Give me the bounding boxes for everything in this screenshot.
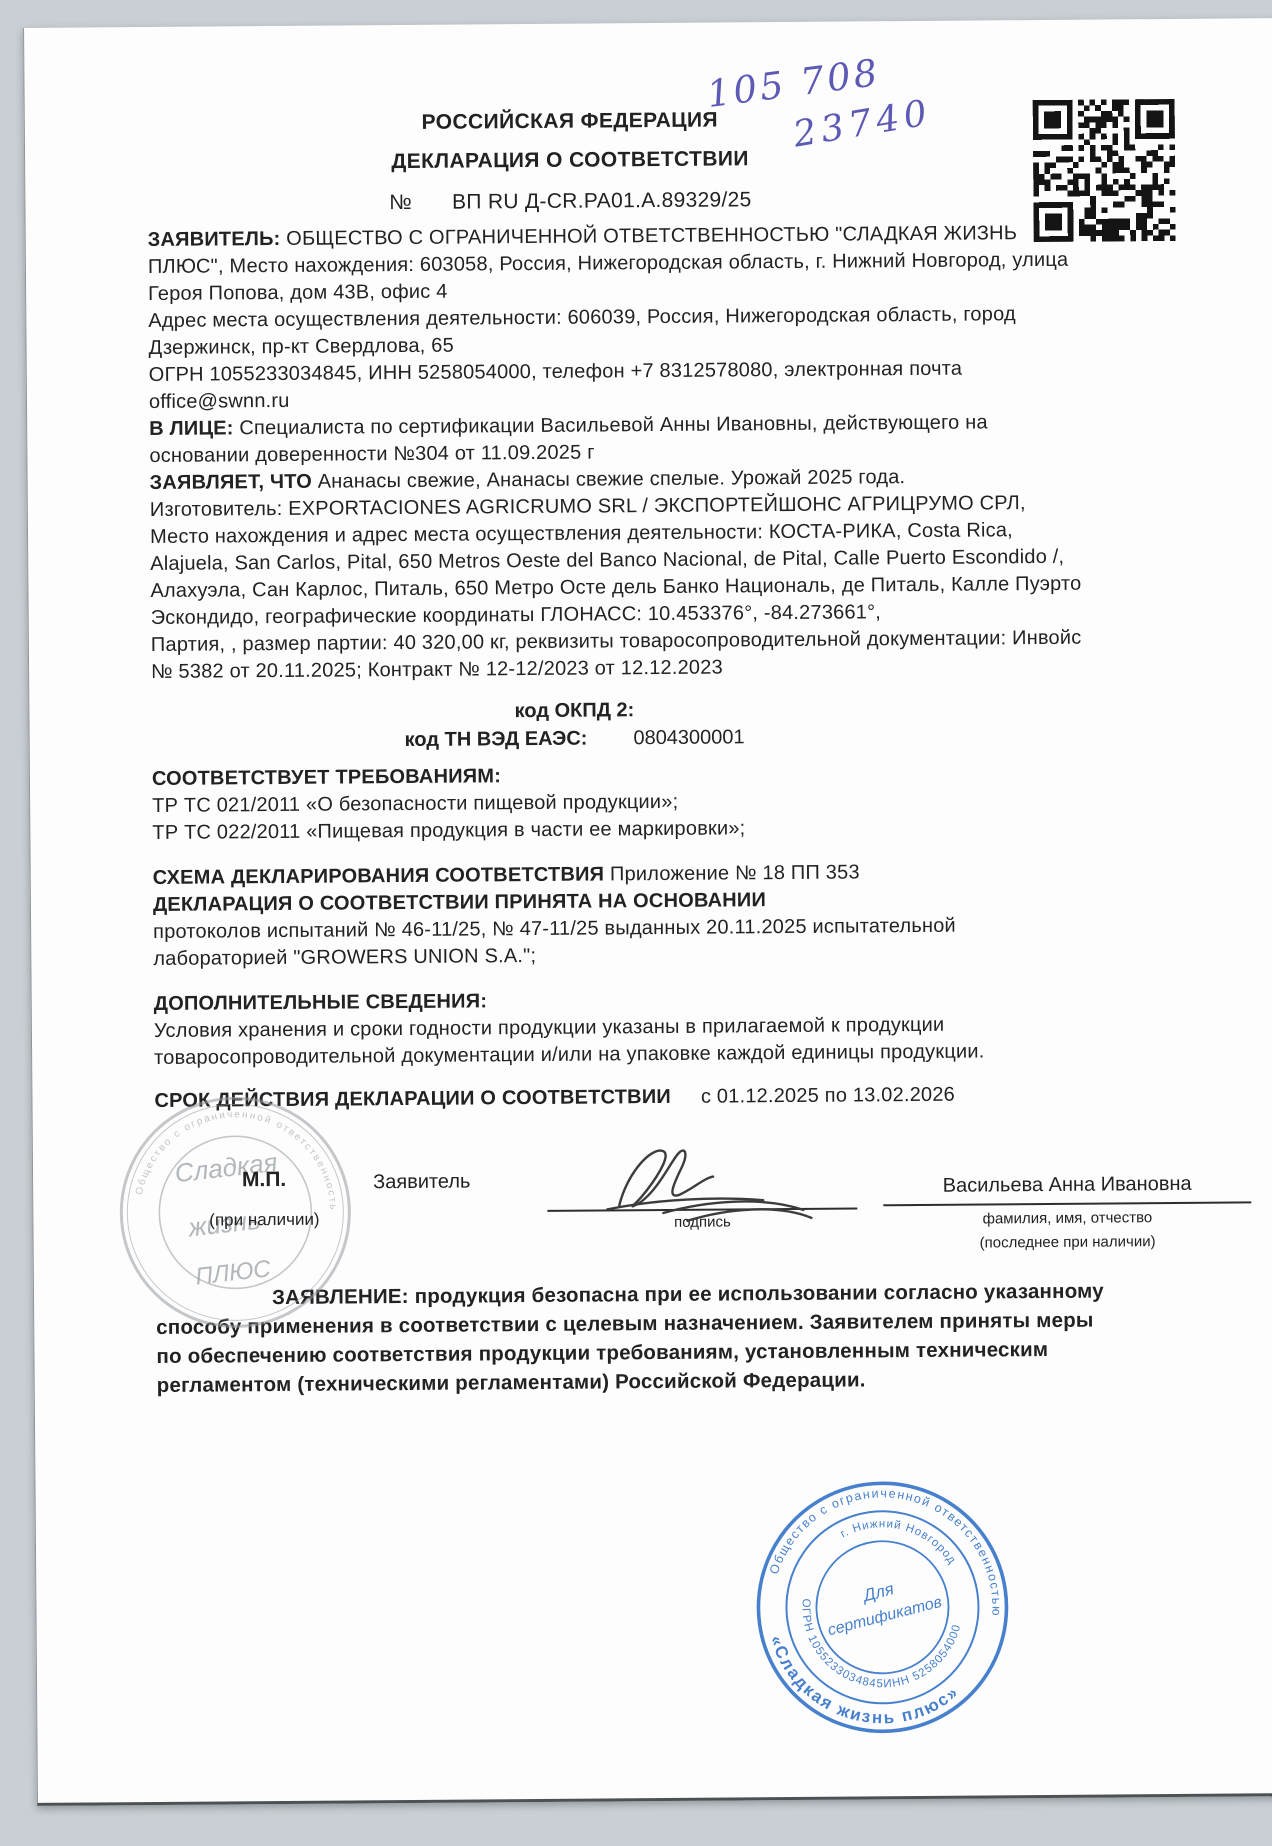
applicant-signature-label: Заявитель (373, 1156, 524, 1258)
statement-label: ЗАЯВЛЕНИЕ: (272, 1285, 409, 1309)
mp-note: (при наличии) (155, 1209, 373, 1231)
document-header: РОССИЙСКАЯ ФЕДЕРАЦИЯ ДЕКЛАРАЦИЯ О СООТВЕ… (147, 106, 994, 217)
signature-block: Общество с ограниченной ответственностью… (155, 1150, 1252, 1260)
blue-stamp-center-1: Для (859, 1579, 895, 1606)
number-value: ВП RU Д-CR.РА01.А.89329/25 (452, 188, 752, 213)
product-text: Ананасы свежие, Ананасы свежие спелые. У… (318, 466, 906, 493)
statement-section: ЗАЯВЛЕНИЕ: продукция безопасна при ее ис… (156, 1275, 1253, 1400)
represented-by-section: В ЛИЦЕ: Специалиста по сертификации Васи… (149, 407, 1245, 470)
validity-section: СРОК ДЕЙСТВИЯ ДЕКЛАРАЦИИ О СООТВЕТСТВИИс… (154, 1079, 1250, 1115)
declares-label: ЗАЯВЛЯЕТ, ЧТО (150, 471, 312, 494)
scheme-section: СХЕМА ДЕКЛАРИРОВАНИЯ СООТВЕТСТВИЯ Прилож… (153, 856, 1250, 973)
name-caption-1: фамилия, имя, отчество (883, 1207, 1251, 1230)
validity-value: с 01.12.2025 по 13.02.2026 (701, 1084, 955, 1108)
represented-by-text: Специалиста по сертификации Васильевой А… (239, 411, 988, 439)
applicant-label: ЗАЯВИТЕЛЬ: (148, 228, 281, 251)
additional-info-section: ДОПОЛНИТЕЛЬНЫЕ СВЕДЕНИЯ: Условия хранени… (154, 982, 1251, 1072)
applicant-text: ОБЩЕСТВО С ОГРАНИЧЕННОЙ ОТВЕТСТВЕННОСТЬЮ… (286, 222, 1017, 250)
codes-section: код ОКПД 2: код ТН ВЭД ЕАЭС:0804300001 (151, 693, 997, 756)
declaration-subject-section: ЗАЯВЛЯЕТ, ЧТО Ананасы свежие, Ананасы св… (150, 461, 1248, 686)
statement-text: продукция безопасна при ее использовании… (415, 1280, 1104, 1308)
scheme-value: Приложение № 18 ПП 353 (610, 861, 860, 885)
signature-line (547, 1153, 857, 1211)
name-caption-2: (последнее при наличии) (884, 1231, 1252, 1254)
handwritten-signature (567, 1138, 848, 1232)
tnved-value: 0804300001 (633, 726, 744, 749)
tnved-label: код ТН ВЭД ЕАЭС: (405, 728, 588, 751)
represented-by-label: В ЛИЦЕ: (149, 417, 234, 440)
name-column: Васильева Анна Ивановна фамилия, имя, от… (883, 1150, 1252, 1254)
document-number: №ВП RU Д-CR.РА01.А.89329/25 (147, 186, 993, 217)
mp-label: М.П. (155, 1167, 373, 1193)
scanned-document: { "colors":{ "scan_background":"#c9cfd4"… (0, 0, 1272, 1846)
header-country: РОССИЙСКАЯ ФЕДЕРАЦИЯ (147, 106, 993, 137)
signatory-name: Васильева Анна Ивановна (883, 1150, 1251, 1206)
document-page: 105 708 23740 РОССИЙСКАЯ ФЕДЕРАЦИЯ ДЕКЛА… (23, 18, 1272, 1806)
compliance-section: СООТВЕТСТВУЕТ ТРЕБОВАНИЯМ: ТР ТС 021/201… (152, 757, 1249, 847)
applicant-section: ЗАЯВИТЕЛЬ: ОБЩЕСТВО С ОГРАНИЧЕННОЙ ОТВЕТ… (148, 218, 1245, 416)
number-label: № (389, 191, 412, 214)
document-title: ДЕКЛАРАЦИЯ О СООТВЕТСТВИИ (147, 145, 993, 176)
blue-stamp-center-2: сертификатов (826, 1594, 944, 1640)
scheme-label: СХЕМА ДЕКЛАРИРОВАНИЯ СООТВЕТСТВИЯ (153, 863, 605, 889)
validity-label: СРОК ДЕЙСТВИЯ ДЕКЛАРАЦИИ О СООТВЕТСТВИИ (154, 1086, 671, 1112)
signature-column: подпись (547, 1153, 858, 1256)
stamp-place-column: Общество с ограниченной ответственностью… (155, 1157, 374, 1260)
company-round-stamp-blue: Общество с ограниченной ответственностью… (747, 1472, 1017, 1742)
